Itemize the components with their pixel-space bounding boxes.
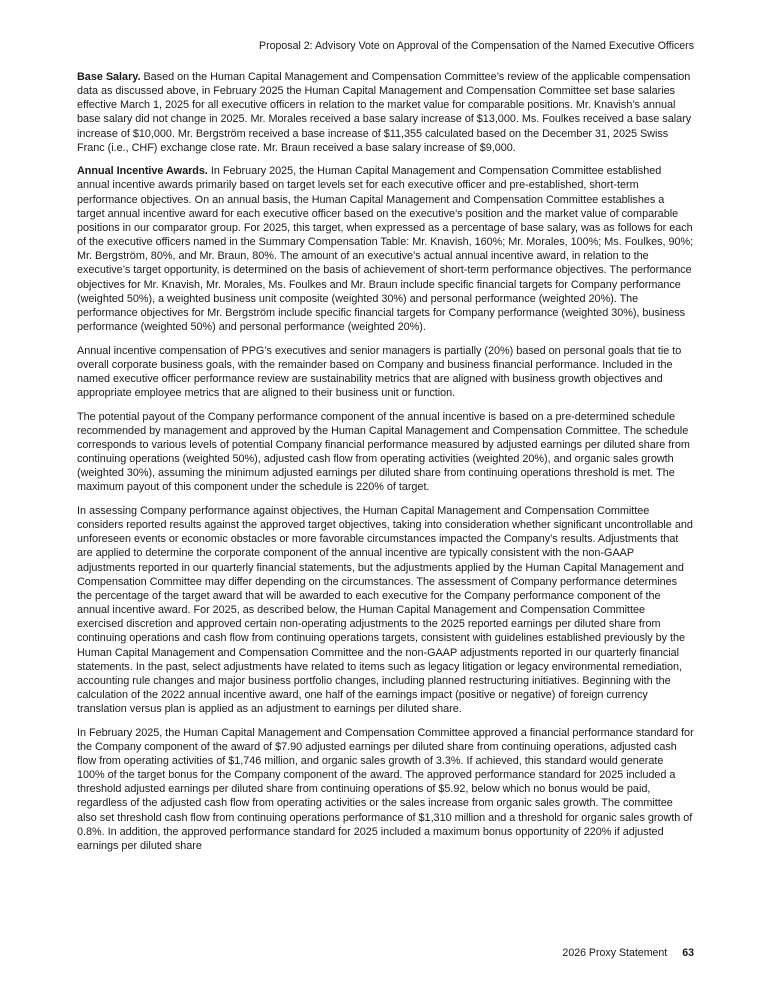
paragraph-text: Annual incentive compensation of PPG’s e… bbox=[77, 345, 681, 399]
paragraph-performance-assessment: In assessing Company performance against… bbox=[77, 504, 694, 716]
paragraph-heading-base-salary: Base Salary. bbox=[77, 71, 140, 83]
paragraph-payout-schedule: The potential payout of the Company perf… bbox=[77, 410, 694, 495]
page-footer: 2026 Proxy Statement 63 bbox=[562, 947, 694, 959]
footer-document-title: 2026 Proxy Statement bbox=[562, 947, 667, 959]
paragraph-personal-goals: Annual incentive compensation of PPG’s e… bbox=[77, 344, 694, 401]
running-header: Proposal 2: Advisory Vote on Approval of… bbox=[259, 40, 694, 52]
paragraph-base-salary: Base Salary. Based on the Human Capital … bbox=[77, 70, 694, 155]
page-number: 63 bbox=[682, 947, 694, 959]
paragraph-text: In February 2025, the Human Capital Mana… bbox=[77, 165, 693, 333]
document-body: Base Salary. Based on the Human Capital … bbox=[77, 70, 694, 862]
paragraph-text: In February 2025, the Human Capital Mana… bbox=[77, 727, 694, 852]
paragraph-text: In assessing Company performance against… bbox=[77, 505, 693, 715]
paragraph-text: Based on the Human Capital Management an… bbox=[77, 71, 691, 154]
paragraph-heading-annual-incentive-awards: Annual Incentive Awards. bbox=[77, 165, 208, 177]
paragraph-performance-standard: In February 2025, the Human Capital Mana… bbox=[77, 726, 694, 853]
paragraph-text: The potential payout of the Company perf… bbox=[77, 411, 690, 494]
paragraph-annual-incentive-awards: Annual Incentive Awards. In February 202… bbox=[77, 164, 694, 334]
